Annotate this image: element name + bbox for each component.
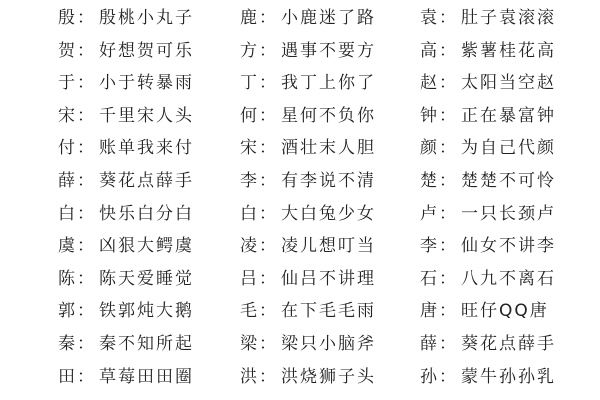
list-item: 唐：旺仔QQ唐 [420,295,556,328]
separator: ： [259,2,281,35]
surname: 吕 [240,263,259,296]
separator: ： [259,295,281,328]
list-item: 梁：梁只小脑斧 [240,328,376,361]
separator: ： [259,100,281,133]
surname: 袁 [420,2,439,35]
surname: 李 [420,230,439,263]
list-item: 白：快乐白分白 [58,198,194,231]
pun-phrase: 遇事不要方 [281,35,376,68]
surname: 赵 [420,67,439,100]
pun-phrase: 洪烧狮子头 [281,361,376,394]
separator: ： [259,361,281,394]
surname: 陈 [58,263,77,296]
list-item: 袁：肚子袁滚滚 [420,2,556,35]
pun-phrase: 好想贺可乐 [99,35,194,68]
list-item: 李：仙女不讲李 [420,230,556,263]
pun-phrase: 小于转暴雨 [99,67,194,100]
list-item: 洪：洪烧狮子头 [240,361,376,394]
separator: ： [77,165,99,198]
pun-phrase: 仙吕不讲理 [281,263,376,296]
list-item: 何：星何不负你 [240,100,376,133]
surname: 虞 [58,230,77,263]
separator: ： [439,198,461,231]
surname: 唐 [420,295,439,328]
list-item: 宋：酒壮末人胆 [240,132,376,165]
surname: 宋 [240,132,259,165]
separator: ： [77,2,99,35]
separator: ： [77,132,99,165]
list-item: 虞：凶狠大鳄虞 [58,230,194,263]
surname: 郭 [58,295,77,328]
list-item: 楚：楚楚不可怜 [420,165,556,198]
surname: 凌 [240,230,259,263]
separator: ： [77,35,99,68]
list-item: 凌：凌儿想叮当 [240,230,376,263]
list-item: 贺：好想贺可乐 [58,35,194,68]
surname: 卢 [420,198,439,231]
surname: 田 [58,361,77,394]
pun-phrase: 紫薯桂花高 [461,35,556,68]
pun-phrase: 我丁上你了 [281,67,376,100]
surname: 梁 [240,328,259,361]
separator: ： [259,67,281,100]
separator: ： [439,100,461,133]
surname: 洪 [240,361,259,394]
surname: 白 [240,198,259,231]
pun-phrase: 有李说不清 [281,165,376,198]
list-item: 付：账单我来付 [58,132,194,165]
pun-phrase: 大白兔少女 [281,198,376,231]
separator: ： [77,230,99,263]
column-3: 袁：肚子袁滚滚高：紫薯桂花高赵：太阳当空赵钟：正在暴富钟颜：为自己代颜楚：楚楚不… [420,2,556,393]
separator: ： [439,132,461,165]
pun-phrase: 为自己代颜 [461,132,556,165]
surname: 鹿 [240,2,259,35]
pun-phrase: 太阳当空赵 [461,67,556,100]
separator: ： [259,263,281,296]
surname: 贺 [58,35,77,68]
column-2: 鹿：小鹿迷了路方：遇事不要方丁：我丁上你了何：星何不负你宋：酒壮末人胆李：有李说… [240,2,376,393]
surname: 石 [420,263,439,296]
surname: 于 [58,67,77,100]
separator: ： [259,198,281,231]
list-item: 方：遇事不要方 [240,35,376,68]
surname: 颜 [420,132,439,165]
list-item: 石：八九不离石 [420,263,556,296]
list-item: 秦：秦不知所起 [58,328,194,361]
pun-phrase: 梁只小脑斧 [281,328,376,361]
pun-phrase: 星何不负你 [281,100,376,133]
pun-phrase: 葵花点薛手 [99,165,194,198]
surname: 殷 [58,2,77,35]
surname: 宋 [58,100,77,133]
pun-phrase: 千里宋人头 [99,100,194,133]
list-item: 田：草莓田田圈 [58,361,194,394]
list-item: 赵：太阳当空赵 [420,67,556,100]
surname: 薛 [420,328,439,361]
list-item: 吕：仙吕不讲理 [240,263,376,296]
list-item: 颜：为自己代颜 [420,132,556,165]
pun-phrase: 肚子袁滚滚 [461,2,556,35]
separator: ： [77,361,99,394]
pun-phrase: 凶狠大鳄虞 [99,230,194,263]
pun-phrase: 铁郭炖大鹅 [99,295,194,328]
list-item: 殷：殷桃小丸子 [58,2,194,35]
surname: 丁 [240,67,259,100]
separator: ： [439,263,461,296]
list-item: 薛：葵花点薛手 [420,328,556,361]
surname: 高 [420,35,439,68]
separator: ： [439,67,461,100]
pun-phrase: 凌儿想叮当 [281,230,376,263]
separator: ： [439,165,461,198]
separator: ： [77,100,99,133]
separator: ： [439,295,461,328]
pun-phrase: 账单我来付 [99,132,194,165]
list-item: 鹿：小鹿迷了路 [240,2,376,35]
pun-phrase: 仙女不讲李 [461,230,556,263]
list-item: 白：大白兔少女 [240,198,376,231]
separator: ： [439,361,461,394]
pun-phrase: 葵花点薛手 [461,328,556,361]
separator: ： [259,165,281,198]
pun-phrase: 正在暴富钟 [461,100,556,133]
separator: ： [439,35,461,68]
surname: 孙 [420,361,439,394]
list-item: 钟：正在暴富钟 [420,100,556,133]
separator: ： [77,67,99,100]
separator: ： [77,328,99,361]
pun-phrase: 快乐白分白 [99,198,194,231]
pun-phrase: 楚楚不可怜 [461,165,556,198]
pun-phrase: 殷桃小丸子 [99,2,194,35]
surname: 秦 [58,328,77,361]
separator: ： [439,2,461,35]
separator: ： [77,263,99,296]
column-1: 殷：殷桃小丸子贺：好想贺可乐于：小于转暴雨宋：千里宋人头付：账单我来付薛：葵花点… [58,2,194,393]
pun-phrase: 陈天爱睡觉 [99,263,194,296]
surname: 白 [58,198,77,231]
surname: 何 [240,100,259,133]
separator: ： [439,328,461,361]
list-item: 高：紫薯桂花高 [420,35,556,68]
pun-phrase: 小鹿迷了路 [281,2,376,35]
list-item: 宋：千里宋人头 [58,100,194,133]
pun-phrase: 草莓田田圈 [99,361,194,394]
pun-phrase: 一只长颈卢 [461,198,556,231]
list-item: 郭：铁郭炖大鹅 [58,295,194,328]
surname-pun-list: 殷：殷桃小丸子贺：好想贺可乐于：小于转暴雨宋：千里宋人头付：账单我来付薛：葵花点… [0,0,600,400]
separator: ： [77,295,99,328]
list-item: 丁：我丁上你了 [240,67,376,100]
separator: ： [439,230,461,263]
pun-phrase: 在下毛毛雨 [281,295,376,328]
pun-phrase: 秦不知所起 [99,328,194,361]
surname: 付 [58,132,77,165]
surname: 薛 [58,165,77,198]
surname: 方 [240,35,259,68]
pun-phrase: 酒壮末人胆 [281,132,376,165]
pun-phrase: 蒙牛孙孙乳 [461,361,556,394]
separator: ： [259,132,281,165]
separator: ： [77,198,99,231]
surname: 李 [240,165,259,198]
pun-phrase: 旺仔QQ唐 [461,295,549,328]
list-item: 陈：陈天爱睡觉 [58,263,194,296]
list-item: 毛：在下毛毛雨 [240,295,376,328]
list-item: 薛：葵花点薛手 [58,165,194,198]
surname: 毛 [240,295,259,328]
surname: 钟 [420,100,439,133]
list-item: 卢：一只长颈卢 [420,198,556,231]
separator: ： [259,230,281,263]
list-item: 李：有李说不清 [240,165,376,198]
separator: ： [259,35,281,68]
separator: ： [259,328,281,361]
surname: 楚 [420,165,439,198]
list-item: 孙：蒙牛孙孙乳 [420,361,556,394]
list-item: 于：小于转暴雨 [58,67,194,100]
pun-phrase: 八九不离石 [461,263,556,296]
